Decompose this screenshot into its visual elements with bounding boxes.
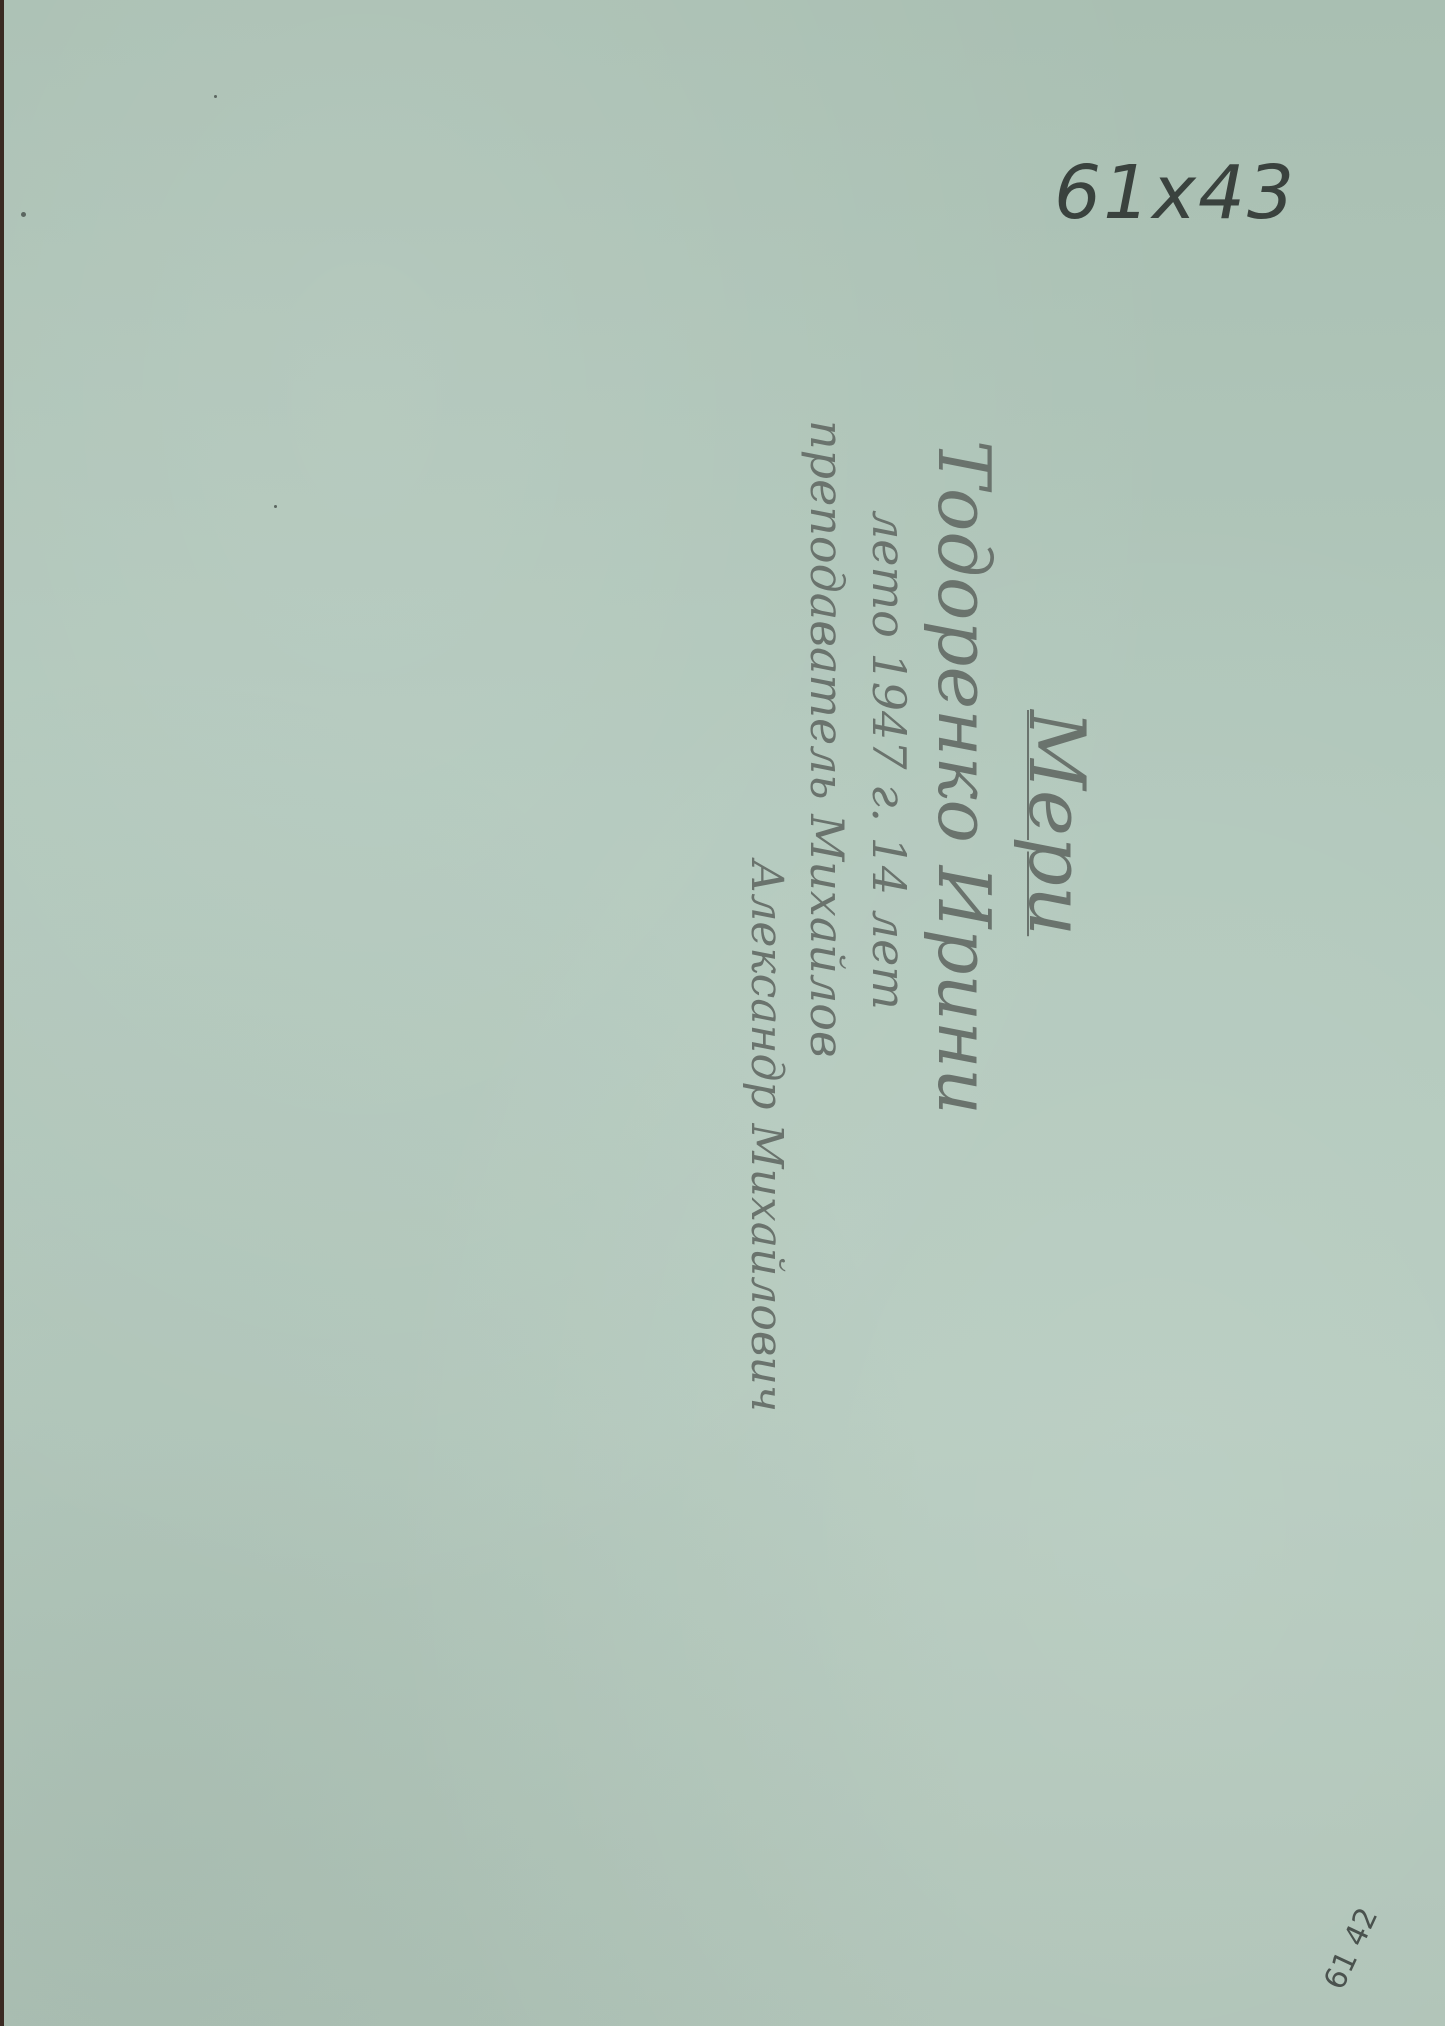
paper-speck xyxy=(274,505,277,508)
inscription-teacher-name: Александр Михайлович xyxy=(736,860,796,1420)
size-note-top: 61x43 xyxy=(1054,150,1296,236)
inscription-date-age: лето 1947 г. 14 лет xyxy=(858,510,920,1420)
paper-speck xyxy=(214,95,217,98)
handwritten-inscription: Мери Тодоренко Ирини лето 1947 г. 14 лет… xyxy=(736,420,1104,1420)
inscription-title: Мери xyxy=(1008,710,1104,1420)
inscription-teacher: преподаватель Михайлов xyxy=(796,420,858,1420)
size-note-bottom: 61 42 xyxy=(1317,1902,1385,1995)
paper-sheet: 61x43 Мери Тодоренко Ирини лето 1947 г. … xyxy=(4,0,1445,2026)
inscription-author: Тодоренко Ирини xyxy=(920,440,1008,1420)
paper-speck xyxy=(21,212,26,217)
